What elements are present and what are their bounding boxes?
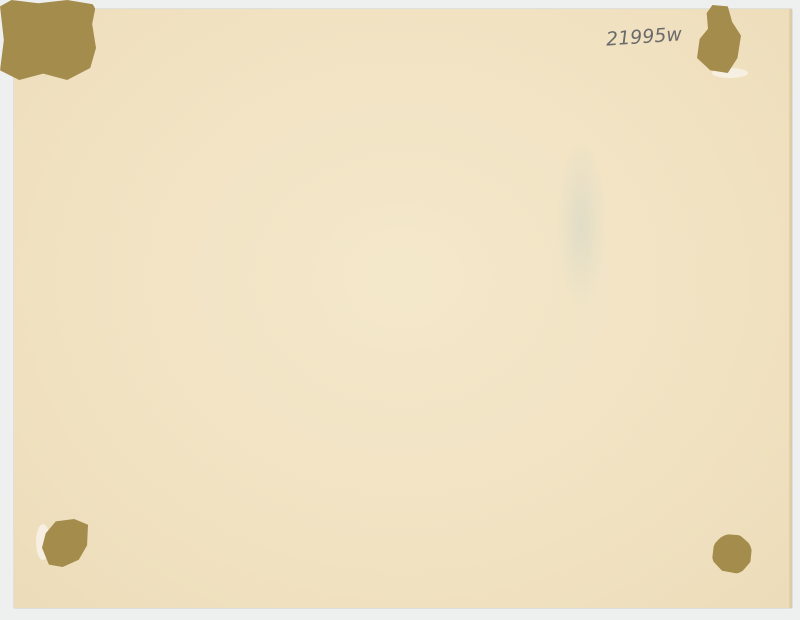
photo-back-paper [14, 9, 792, 608]
tape-remnant-top-left [0, 0, 96, 80]
paper-edge [789, 9, 792, 608]
faint-stain [556, 140, 606, 310]
